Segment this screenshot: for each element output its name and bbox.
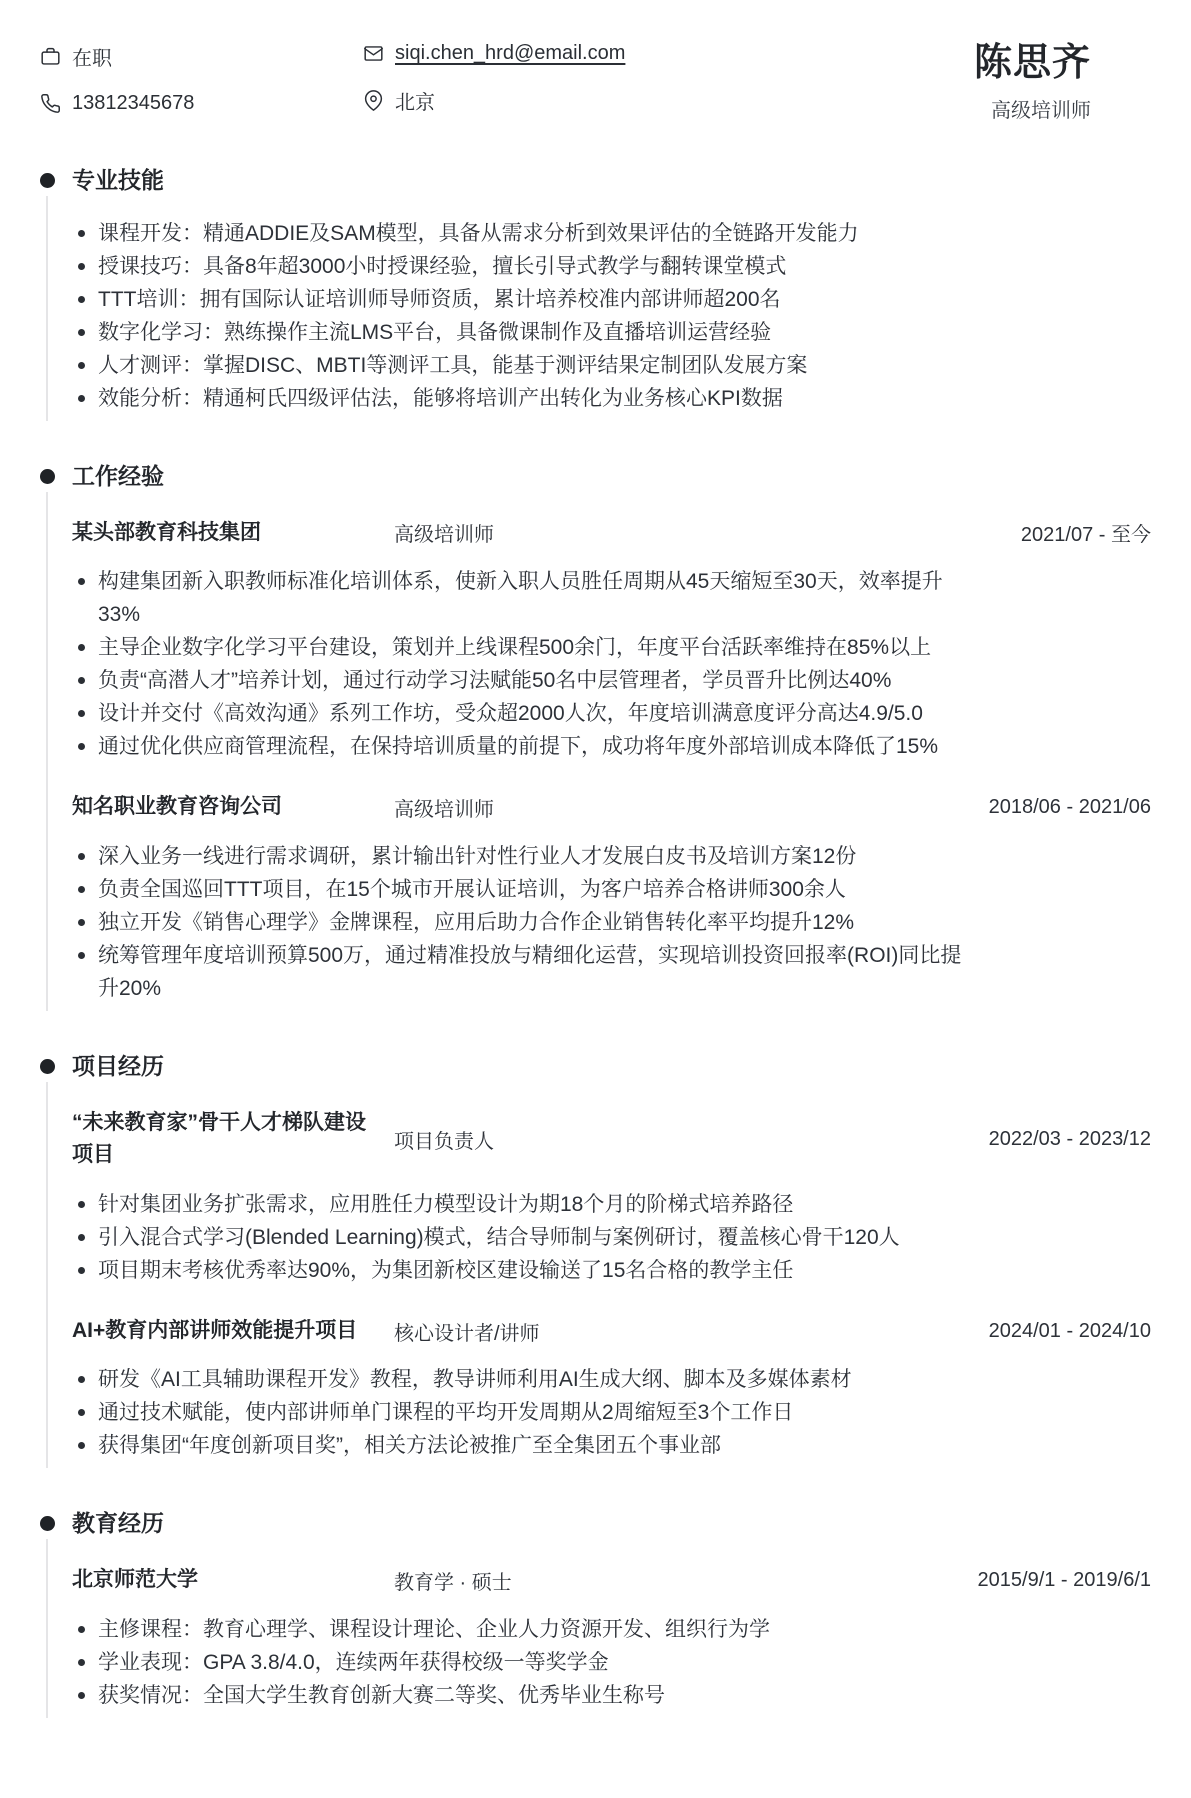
section-gutter (40, 461, 72, 1011)
entry-org: 知名职业教育咨询公司 (72, 791, 394, 824)
entry-dates: 2021/07 - 至今 (1021, 518, 1151, 547)
name-block: 陈思齐 高级培训师 (974, 42, 1151, 123)
entry-header: “未来教育家”骨干人才梯队建设项目 项目负责人 2022/03 - 2023/1… (72, 1107, 1151, 1172)
entry-bullet-list: 针对集团业务扩张需求，应用胜任力模型设计为期18个月的阶梯式培养路径 引入混合式… (72, 1188, 1151, 1287)
entry-org: AI+教育内部讲师效能提升项目 (72, 1315, 394, 1348)
project-entry: AI+教育内部讲师效能提升项目 核心设计者/讲师 2024/01 - 2024/… (72, 1315, 1151, 1463)
list-item: 负责“高潜人才”培养计划，通过行动学习法赋能50名中层管理者，学员晋升比例达40… (72, 664, 980, 697)
list-item: 获得集团“年度创新项目奖”，相关方法论被推广至全集团五个事业部 (72, 1429, 980, 1462)
section-gutter (40, 165, 72, 421)
skills-list: 课程开发：精通ADDIE及SAM模型，具备从需求分析到效果评估的全链路开发能力 … (72, 217, 1151, 415)
section-timeline-rule (46, 1539, 48, 1718)
entry-dates: 2015/9/1 - 2019/6/1 (978, 1569, 1151, 1592)
candidate-name: 陈思齐 (974, 42, 1091, 85)
section-timeline-rule (46, 492, 48, 1011)
section-bullet-icon (40, 173, 55, 188)
list-item: 项目期末考核优秀率达90%，为集团新校区建设输送了15名合格的教学主任 (72, 1254, 980, 1287)
entry-bullet-list: 构建集团新入职教师标准化培训体系，使新入职人员胜任周期从45天缩短至30天，效率… (72, 565, 1151, 763)
list-item: 深入业务一线进行需求调研，累计输出针对性行业人才发展白皮书及培训方案12份 (72, 840, 980, 873)
section-timeline-rule (46, 196, 48, 421)
project-entry: “未来教育家”骨干人才梯队建设项目 项目负责人 2022/03 - 2023/1… (72, 1107, 1151, 1287)
section-timeline-rule (46, 1082, 48, 1469)
list-item: 主修课程：教育心理学、课程设计理论、企业人力资源开发、组织行为学 (72, 1613, 980, 1646)
section-gutter (40, 1051, 72, 1469)
list-item: 引入混合式学习(Blended Learning)模式，结合导师制与案例研讨，覆… (72, 1221, 980, 1254)
list-item: 通过优化供应商管理流程，在保持培训质量的前提下，成功将年度外部培训成本降低了15… (72, 730, 980, 763)
entry-org: 北京师范大学 (72, 1564, 394, 1597)
phone-number: 13812345678 (72, 92, 194, 115)
list-item: 针对集团业务扩张需求，应用胜任力模型设计为期18个月的阶梯式培养路径 (72, 1188, 980, 1221)
section-work-experience: 工作经验 某头部教育科技集团 高级培训师 2021/07 - 至今 构建集团新入… (40, 461, 1151, 1011)
email-contact: siqi.chen_hrd@email.com (363, 42, 793, 65)
entry-role: 项目负责人 (394, 1125, 989, 1154)
contact-column-left: 在职 13812345678 (40, 42, 363, 115)
section-gutter (40, 1508, 72, 1718)
list-item: 设计并交付《高效沟通》系列工作坊，受众超2000人次，年度培训满意度评分高达4.… (72, 697, 980, 730)
resume-header: 在职 13812345678 siqi.chen_hrd@email.com 北… (40, 42, 1151, 123)
section-title: 专业技能 (72, 165, 1151, 195)
list-item: 数字化学习：熟练操作主流LMS平台，具备微课制作及直播培训运营经验 (72, 316, 980, 349)
section-skills: 专业技能 课程开发：精通ADDIE及SAM模型，具备从需求分析到效果评估的全链路… (40, 165, 1151, 421)
entry-dates: 2018/06 - 2021/06 (989, 796, 1151, 819)
location-label: 北京 (395, 86, 435, 115)
entry-bullet-list: 主修课程：教育心理学、课程设计理论、企业人力资源开发、组织行为学 学业表现：GP… (72, 1613, 1151, 1712)
employment-status-label: 在职 (72, 42, 112, 71)
section-title: 教育经历 (72, 1508, 1151, 1538)
contact-column-middle: siqi.chen_hrd@email.com 北京 (363, 42, 793, 115)
entry-role: 高级培训师 (394, 793, 989, 822)
list-item: 授课技巧：具备8年超3000小时授课经验，擅长引导式教学与翻转课堂模式 (72, 250, 980, 283)
entry-header: 北京师范大学 教育学 · 硕士 2015/9/1 - 2019/6/1 (72, 1564, 1151, 1597)
entry-org: “未来教育家”骨干人才梯队建设项目 (72, 1107, 394, 1172)
phone-icon (40, 93, 61, 114)
education-entry: 北京师范大学 教育学 · 硕士 2015/9/1 - 2019/6/1 主修课程… (72, 1564, 1151, 1712)
list-item: 获奖情况：全国大学生教育创新大赛二等奖、优秀毕业生称号 (72, 1679, 980, 1712)
section-title: 工作经验 (72, 461, 1151, 491)
phone-contact: 13812345678 (40, 92, 363, 115)
entry-header: AI+教育内部讲师效能提升项目 核心设计者/讲师 2024/01 - 2024/… (72, 1315, 1151, 1348)
list-item: 独立开发《销售心理学》金牌课程，应用后助力合作企业销售转化率平均提升12% (72, 906, 980, 939)
section-bullet-icon (40, 469, 55, 484)
mail-icon (363, 43, 384, 64)
list-item: 统筹管理年度培训预算500万，通过精准投放与精细化运营，实现培训投资回报率(RO… (72, 939, 980, 1005)
employment-status: 在职 (40, 42, 363, 71)
section-bullet-icon (40, 1516, 55, 1531)
resume-page: 在职 13812345678 siqi.chen_hrd@email.com 北… (0, 0, 1191, 1798)
section-bullet-icon (40, 1059, 55, 1074)
list-item: 效能分析：精通柯氏四级评估法，能够将培训产出转化为业务核心KPI数据 (72, 382, 980, 415)
entry-bullet-list: 深入业务一线进行需求调研，累计输出针对性行业人才发展白皮书及培训方案12份 负责… (72, 840, 1151, 1005)
entry-header: 知名职业教育咨询公司 高级培训师 2018/06 - 2021/06 (72, 791, 1151, 824)
section-education: 教育经历 北京师范大学 教育学 · 硕士 2015/9/1 - 2019/6/1… (40, 1508, 1151, 1718)
list-item: 课程开发：精通ADDIE及SAM模型，具备从需求分析到效果评估的全链路开发能力 (72, 217, 980, 250)
entry-header: 某头部教育科技集团 高级培训师 2021/07 - 至今 (72, 517, 1151, 550)
map-pin-icon (363, 90, 384, 111)
section-title: 项目经历 (72, 1051, 1151, 1081)
candidate-title: 高级培训师 (974, 94, 1091, 123)
entry-role: 高级培训师 (394, 518, 1021, 547)
list-item: TTT培训：拥有国际认证培训师导师资质，累计培养校准内部讲师超200名 (72, 283, 980, 316)
briefcase-icon (40, 46, 61, 67)
email-address-link[interactable]: siqi.chen_hrd@email.com (395, 42, 625, 65)
list-item: 学业表现：GPA 3.8/4.0，连续两年获得校级一等奖学金 (72, 1646, 980, 1679)
list-item: 构建集团新入职教师标准化培训体系，使新入职人员胜任周期从45天缩短至30天，效率… (72, 565, 980, 631)
entry-bullet-list: 研发《AI工具辅助课程开发》教程，教导讲师利用AI生成大纲、脚本及多媒体素材 通… (72, 1363, 1151, 1462)
entry-dates: 2022/03 - 2023/12 (989, 1128, 1151, 1151)
entry-dates: 2024/01 - 2024/10 (989, 1320, 1151, 1343)
list-item: 负责全国巡回TTT项目，在15个城市开展认证培训，为客户培养合格讲师300余人 (72, 873, 980, 906)
entry-role: 教育学 · 硕士 (394, 1566, 978, 1595)
list-item: 人才测评：掌握DISC、MBTI等测评工具，能基于测评结果定制团队发展方案 (72, 349, 980, 382)
list-item: 研发《AI工具辅助课程开发》教程，教导讲师利用AI生成大纲、脚本及多媒体素材 (72, 1363, 980, 1396)
list-item: 通过技术赋能，使内部讲师单门课程的平均开发周期从2周缩短至3个工作日 (72, 1396, 980, 1429)
entry-org: 某头部教育科技集团 (72, 517, 394, 550)
list-item: 主导企业数字化学习平台建设，策划并上线课程500余门，年度平台活跃率维持在85%… (72, 631, 980, 664)
work-entry: 某头部教育科技集团 高级培训师 2021/07 - 至今 构建集团新入职教师标准… (72, 517, 1151, 764)
entry-role: 核心设计者/讲师 (394, 1317, 989, 1346)
work-entry: 知名职业教育咨询公司 高级培训师 2018/06 - 2021/06 深入业务一… (72, 791, 1151, 1005)
location-contact: 北京 (363, 86, 793, 115)
section-projects: 项目经历 “未来教育家”骨干人才梯队建设项目 项目负责人 2022/03 - 2… (40, 1051, 1151, 1469)
